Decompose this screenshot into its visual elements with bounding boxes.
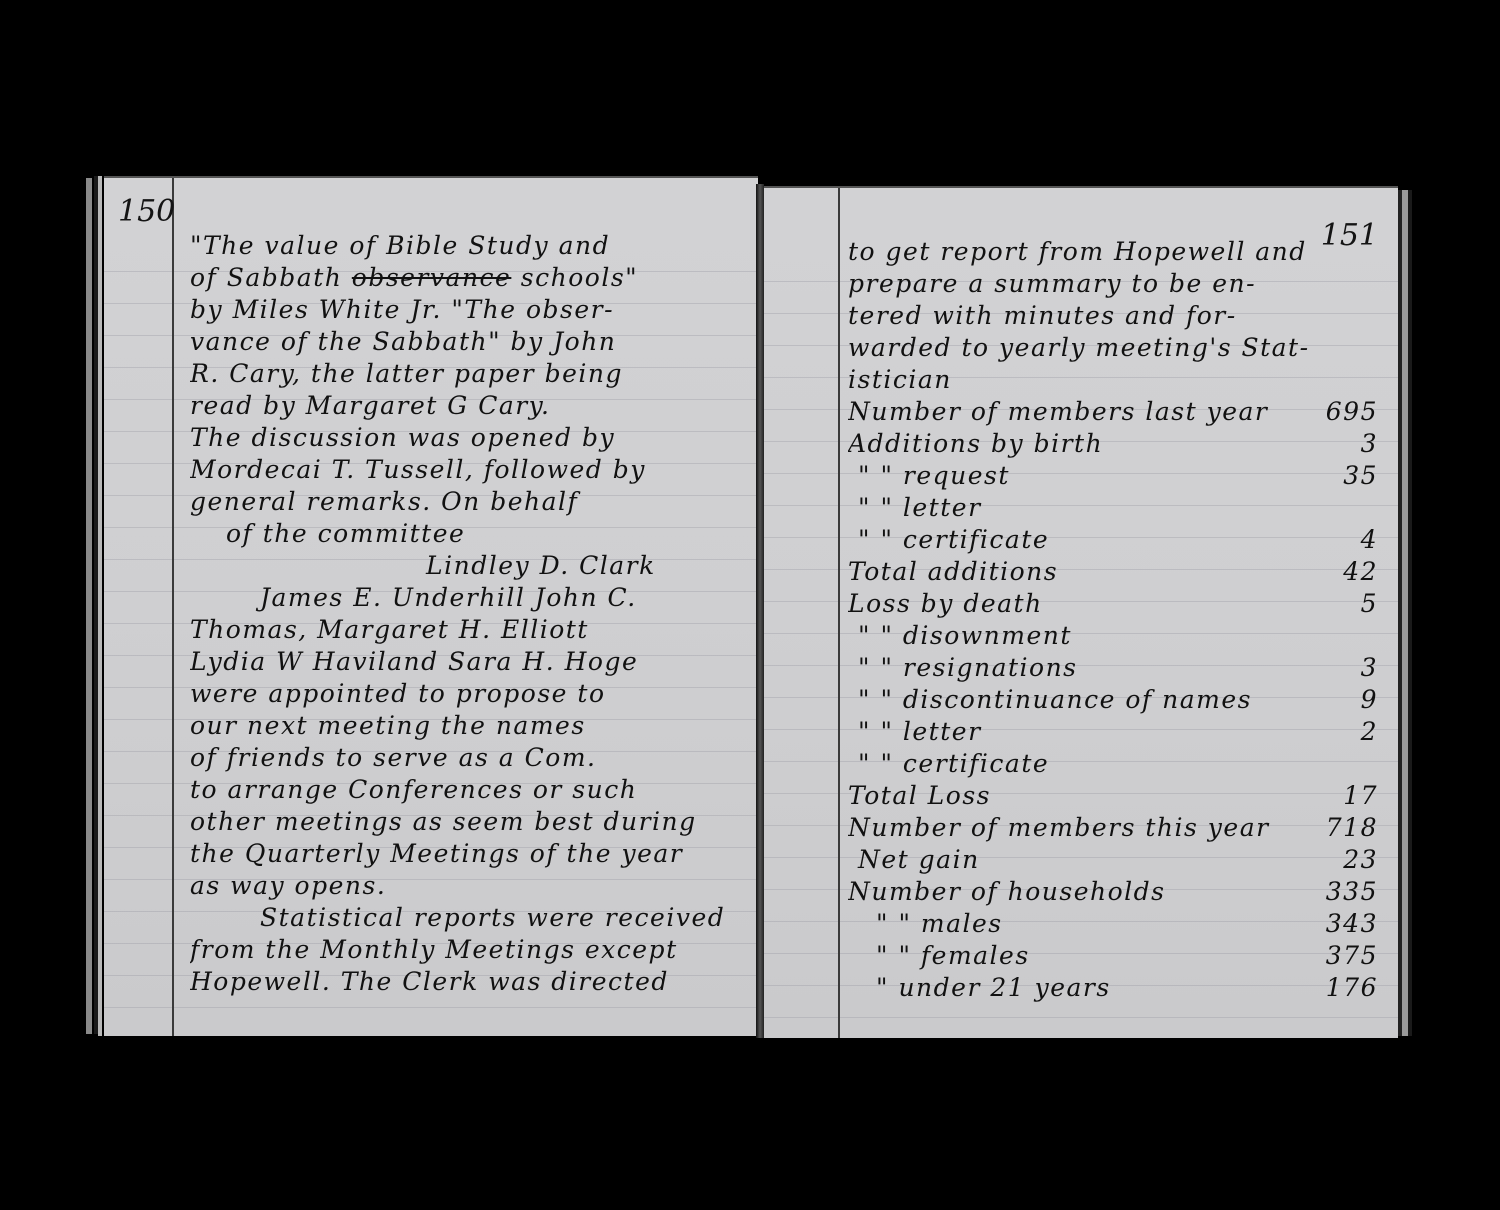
right-binding-edge	[1408, 190, 1412, 1036]
statistic-row: Loss by death5	[848, 588, 1388, 620]
statistic-row: Total Loss17	[848, 780, 1388, 812]
text-line: of Sabbath observance schools"	[190, 262, 750, 294]
statistic-row: " " request35	[848, 460, 1388, 492]
text-line: read by Margaret G Cary.	[190, 390, 750, 422]
statistic-value: 35	[1308, 460, 1388, 492]
statistic-label: Number of members last year	[848, 396, 1308, 428]
statistic-row: Number of members this year718	[848, 812, 1388, 844]
text-line: by Miles White Jr. "The obser-	[190, 294, 750, 326]
statistic-label: " " females	[848, 940, 1308, 972]
text-line: R. Cary, the latter paper being	[190, 358, 750, 390]
statistic-row: " " females375	[848, 940, 1388, 972]
statistic-value: 718	[1308, 812, 1388, 844]
text-line: the Quarterly Meetings of the year	[190, 838, 750, 870]
statistic-row: " " certificate4	[848, 524, 1388, 556]
text-line: tered with minutes and for-	[848, 300, 1388, 332]
statistic-label: " " discontinuance of names	[848, 684, 1308, 716]
statistic-value	[1308, 748, 1388, 780]
book-gutter	[756, 184, 764, 1038]
text-line: from the Monthly Meetings except	[190, 934, 750, 966]
statistic-row: Additions by birth3	[848, 428, 1388, 460]
statistic-row: " " discontinuance of names9	[848, 684, 1388, 716]
intro-paragraph: to get report from Hopewell andprepare a…	[848, 236, 1388, 396]
left-binding-edge	[86, 178, 92, 1034]
statistic-label: Additions by birth	[848, 428, 1308, 460]
statistic-label: " " certificate	[848, 748, 1308, 780]
statistic-value: 42	[1308, 556, 1388, 588]
left-binding-edge	[98, 176, 102, 1036]
text-line: The discussion was opened by	[190, 422, 750, 454]
text-line: general remarks. On behalf	[190, 486, 750, 518]
statistic-row: Number of members last year695	[848, 396, 1388, 428]
statistic-label: Net gain	[848, 844, 1308, 876]
left-page: 150 "The value of Bible Study andof Sabb…	[104, 176, 758, 1036]
statistic-label: " " males	[848, 908, 1308, 940]
text-line: Statistical reports were received	[190, 902, 750, 934]
text-line: other meetings as seem best during	[190, 806, 750, 838]
statistics-text: to get report from Hopewell andprepare a…	[848, 236, 1388, 1004]
statistic-value: 176	[1308, 972, 1388, 1004]
text-line: of friends to serve as a Com.	[190, 742, 750, 774]
text-line: to get report from Hopewell and	[848, 236, 1388, 268]
statistic-label: Total Loss	[848, 780, 1308, 812]
statistic-label: " " certificate	[848, 524, 1308, 556]
statistic-row: " " resignations3	[848, 652, 1388, 684]
statistic-row: " " males343	[848, 908, 1388, 940]
text-line: istician	[848, 364, 1388, 396]
struck-word: observance	[352, 263, 512, 292]
statistic-row: Total additions42	[848, 556, 1388, 588]
statistic-row: Net gain23	[848, 844, 1388, 876]
text-line: James E. Underhill John C.	[190, 582, 750, 614]
text-line: were appointed to propose to	[190, 678, 750, 710]
statistic-value: 335	[1308, 876, 1388, 908]
statistic-label: " " resignations	[848, 652, 1308, 684]
statistic-value	[1308, 620, 1388, 652]
margin-line	[838, 188, 840, 1038]
text-line: as way opens.	[190, 870, 750, 902]
statistic-value: 3	[1308, 428, 1388, 460]
text-line: vance of the Sabbath" by John	[190, 326, 750, 358]
text-line: Lindley D. Clark	[190, 550, 750, 582]
statistic-label: " " disownment	[848, 620, 1308, 652]
statistic-row: " under 21 years176	[848, 972, 1388, 1004]
statistic-row: " " disownment	[848, 620, 1388, 652]
statistic-label: " under 21 years	[848, 972, 1308, 1004]
text-line: Thomas, Margaret H. Elliott	[190, 614, 750, 646]
text-line: Mordecai T. Tussell, followed by	[190, 454, 750, 486]
text-line: of the committee	[190, 518, 750, 550]
statistic-value: 9	[1308, 684, 1388, 716]
text-line: to arrange Conferences or such	[190, 774, 750, 806]
statistic-row: " " letter2	[848, 716, 1388, 748]
scanned-ledger: 150 "The value of Bible Study andof Sabb…	[0, 0, 1500, 1210]
statistic-value: 5	[1308, 588, 1388, 620]
statistics-table: Number of members last year695Additions …	[848, 396, 1388, 1004]
text-line: prepare a summary to be en-	[848, 268, 1388, 300]
page-number: 150	[118, 194, 175, 229]
text-fragment: of Sabbath	[190, 263, 352, 292]
statistic-value: 695	[1308, 396, 1388, 428]
margin-line	[172, 178, 174, 1036]
statistic-value: 2	[1308, 716, 1388, 748]
statistic-row: " " letter	[848, 492, 1388, 524]
statistic-label: Number of households	[848, 876, 1308, 908]
statistic-label: " " letter	[848, 492, 1308, 524]
text-line: "The value of Bible Study and	[190, 230, 750, 262]
statistic-row: Number of households335	[848, 876, 1388, 908]
statistic-row: " " certificate	[848, 748, 1388, 780]
text-line: Lydia W Haviland Sara H. Hoge	[190, 646, 750, 678]
statistic-value: 17	[1308, 780, 1388, 812]
text-line: our next meeting the names	[190, 710, 750, 742]
statistic-value: 3	[1308, 652, 1388, 684]
right-page: 151 to get report from Hopewell andprepa…	[764, 186, 1398, 1038]
statistic-label: " " request	[848, 460, 1308, 492]
statistic-value	[1308, 492, 1388, 524]
text-line: Hopewell. The Clerk was directed	[190, 966, 750, 998]
statistic-value: 4	[1308, 524, 1388, 556]
statistic-value: 375	[1308, 940, 1388, 972]
statistic-label: Loss by death	[848, 588, 1308, 620]
statistic-label: " " letter	[848, 716, 1308, 748]
statistic-label: Number of members this year	[848, 812, 1308, 844]
minutes-text: "The value of Bible Study andof Sabbath …	[190, 230, 750, 998]
text-line: warded to yearly meeting's Stat-	[848, 332, 1388, 364]
statistic-value: 343	[1308, 908, 1388, 940]
statistic-label: Total additions	[848, 556, 1308, 588]
text-fragment: schools"	[511, 263, 638, 292]
statistic-value: 23	[1308, 844, 1388, 876]
